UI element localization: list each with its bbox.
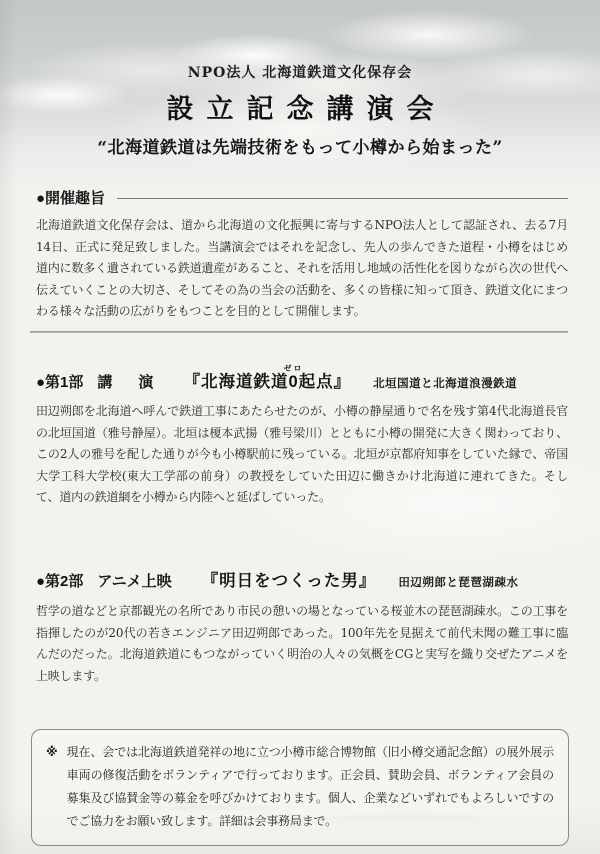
part1-genre-char1: 講 [97,371,112,392]
flyer-page: NPO法人 北海道鉄道文化保存会 設立記念講演会 “北海道鉄道は先端技術をもって… [0,0,600,854]
event-title: 設立記念講演会 [0,87,600,126]
section-part1: ●第1部 講 演 『北海道鉄道ゼロ0起点』 北垣国道と北海道浪漫鉄道 田辺朔郎を… [36,368,568,509]
purpose-heading-row: ●開催趣旨 [36,187,568,208]
part2-title: 『明日をつくった男』 [202,567,377,591]
part1-label: ●第1部 [36,371,83,392]
part2-label: ●第2部 [36,570,83,591]
section-purpose: ●開催趣旨 北海道鉄道文化保存会は、道から北海道の文化振興に寄与するNPO法人と… [36,187,568,323]
part1-genre-char2: 演 [138,371,153,392]
flyer-content: NPO法人 北海道鉄道文化保存会 設立記念講演会 “北海道鉄道は先端技術をもって… [0,0,600,846]
part1-body: 田辺朔郎を北海道へ呼んで鉄道工事にあたらせたのが、小樽の静屋通りで名を残す第4代… [36,401,568,509]
part1-title-post: 起点』 [299,373,352,391]
organization-name: NPO法人 北海道鉄道文化保存会 [0,0,600,82]
part1-heading-row: ●第1部 講 演 『北海道鉄道ゼロ0起点』 北垣国道と北海道浪漫鉄道 [36,368,568,392]
part2-genre: アニメ上映 [97,570,171,591]
section-part2: ●第2部 アニメ上映 『明日をつくった男』 田辺朔郎と琵琶湖疎水 哲学の道などと… [36,567,568,687]
part1-subtitle: 北垣国道と北海道浪漫鉄道 [373,375,517,391]
part1-title: 『北海道鉄道ゼロ0起点』 [183,368,351,392]
part1-furigana: ゼロ [284,363,304,374]
section-divider-rule [30,331,568,333]
heading-rule [117,198,568,199]
note-box: ※ 現在、会では北海道鉄道発祥の地に立つ小樽市総合博物館（旧小樽交通記念館）の展… [31,729,569,845]
part2-body: 哲学の道などと京都観光の名所であり市民の憩いの場となっている桜並木の琵琶湖疎水。… [36,601,568,687]
part2-heading-row: ●第2部 アニメ上映 『明日をつくった男』 田辺朔郎と琵琶湖疎水 [36,567,568,591]
part1-zero-digit: 0 [288,373,298,391]
event-tagline: “北海道鉄道は先端技術をもって小樽から始まった” [0,133,600,158]
purpose-heading: ●開催趣旨 [36,187,105,208]
purpose-body: 北海道鉄道文化保存会は、道から北海道の文化振興に寄与するNPO法人として認証され… [36,215,568,323]
note-marker: ※ [46,741,58,832]
part1-title-pre: 『北海道鉄道 [183,373,288,391]
part2-subtitle: 田辺朔郎と琵琶湖疎水 [398,574,518,590]
note-body: 現在、会では北海道鉄道発祥の地に立つ小樽市総合博物館（旧小樽交通記念館）の展外展… [67,741,554,832]
part1-title-zero: ゼロ0 [288,373,298,392]
